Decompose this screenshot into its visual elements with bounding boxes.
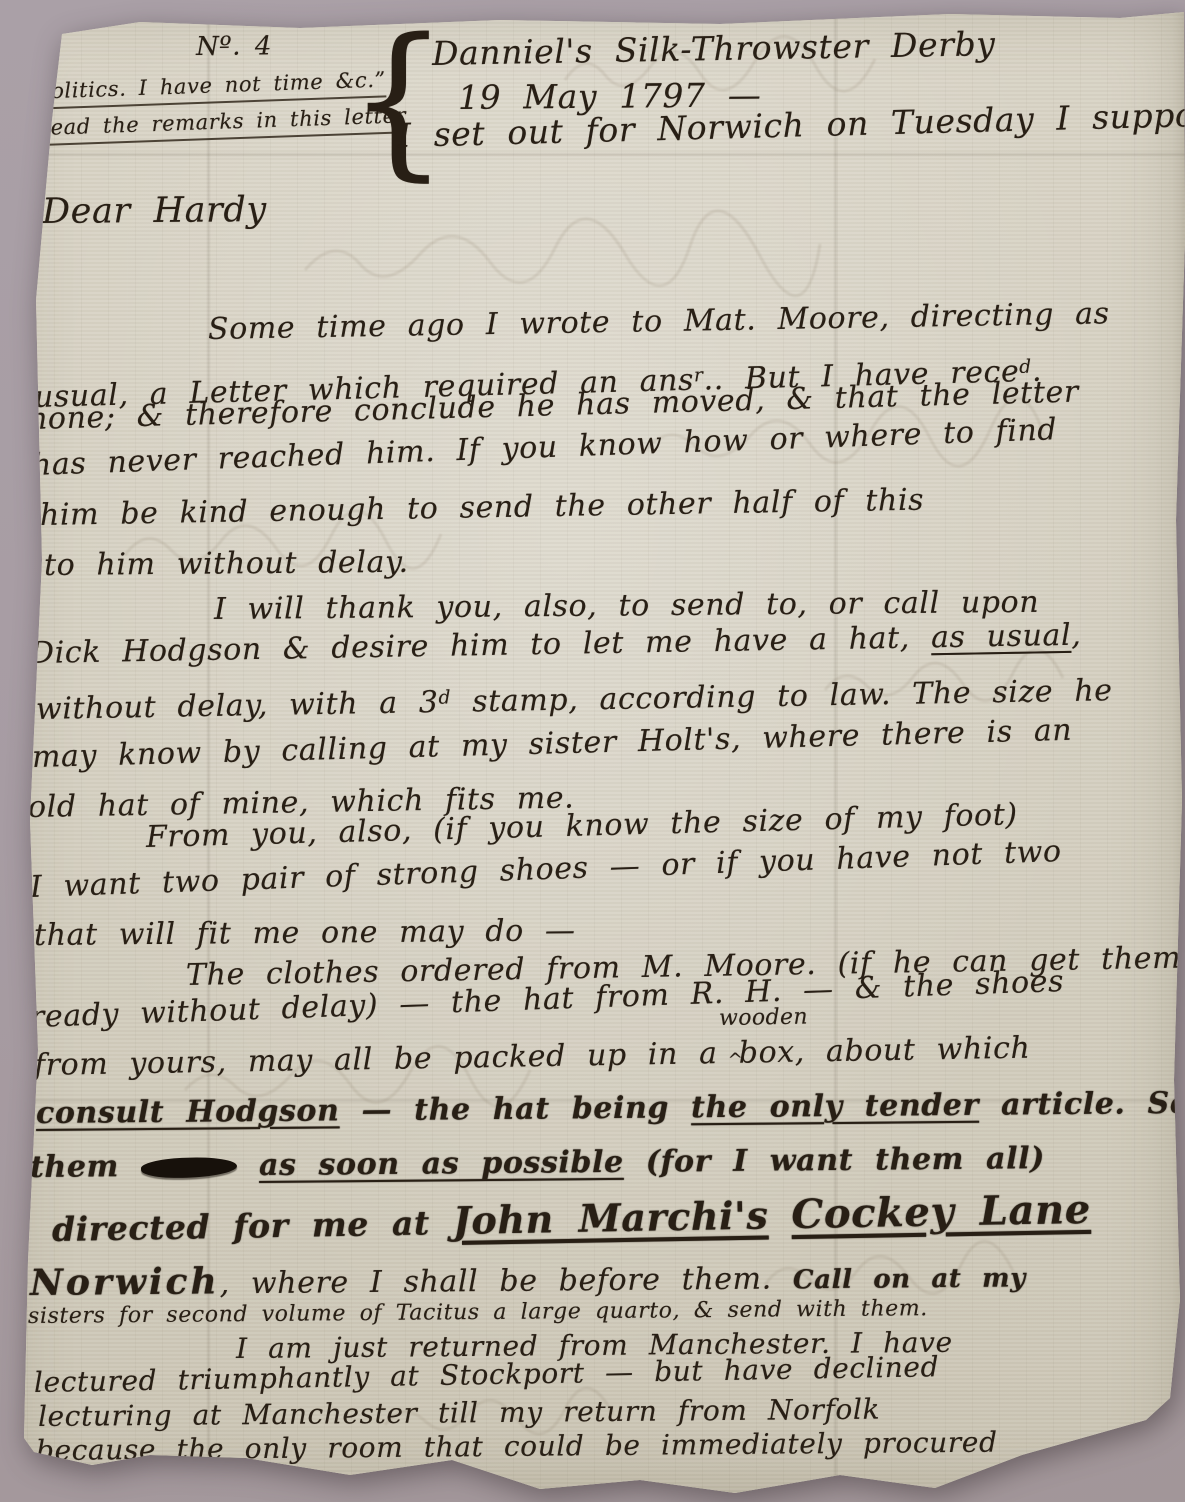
letter-line: to him without delay.	[44, 545, 409, 583]
place-name: Norwich	[30, 1260, 220, 1304]
underlined-phrase: as usual	[931, 618, 1072, 655]
text-run: from yours, may all be packed up in a	[34, 1036, 718, 1083]
letter-sheet: Nº. 4 “Politics. I have not time &c.” re…	[0, 0, 1185, 1502]
insertion-caret: ^	[728, 1050, 744, 1071]
fold-crease	[0, 152, 1185, 157]
grouping-brace: {	[348, 3, 449, 196]
letter-line: them as soon as possible (for I want the…	[30, 1141, 1045, 1185]
letter-line: Dick Hodgson & desire him to let me have…	[30, 618, 1082, 671]
text-run: (for I want them all)	[624, 1141, 1046, 1180]
text-run: stamp, according to law. The size he	[451, 673, 1113, 720]
letter-photograph: Nº. 4 “Politics. I have not time &c.” re…	[0, 0, 1185, 1502]
text-run: Dick Hodgson & desire him to let me have…	[30, 620, 932, 671]
letter-number: Nº. 4	[196, 31, 272, 62]
underlined-phrase: Cockey Lane	[791, 1186, 1091, 1238]
heading-place-line: Danniel's Silk-Throwster Derby	[432, 24, 996, 73]
superscript: r	[694, 365, 704, 386]
letter-line: him be kind enough to send the other hal…	[40, 483, 925, 533]
letter-line: from yours, may all be packed up in awoo…	[34, 1031, 1031, 1083]
salutation: Dear Hardy	[42, 190, 267, 232]
underlined-phrase: the only tender	[691, 1088, 979, 1126]
margin-note-line: “Politics. I have not time &c.”	[26, 67, 387, 104]
text-run: , where I shall be before them.	[220, 1261, 794, 1301]
letter-line: that will fit me one may do —	[34, 913, 576, 953]
bleedthrough-mark	[300, 230, 860, 304]
underlined-phrase: John Marchi's	[452, 1192, 768, 1243]
underlined-phrase: consult Hodgson	[36, 1093, 340, 1131]
text-run: Call on at my	[793, 1263, 1026, 1295]
paper-shadow: Nº. 4 “Politics. I have not time &c.” re…	[0, 0, 1185, 1502]
catchword: there	[1040, 1463, 1114, 1494]
letter-line: directed for me at John Marchi's Cockey …	[52, 1186, 1092, 1251]
letter-line: lectured triumphantly at Stockport — but…	[34, 1350, 940, 1399]
superscript: d	[438, 687, 451, 708]
inserted-word: wooden	[719, 1004, 808, 1031]
text-run: without delay, with a 3	[36, 685, 439, 727]
text-run: ,	[1071, 618, 1082, 653]
underlined-phrase: as soon as possible	[259, 1145, 624, 1183]
margin-note-text: “Politics. I have not time &c.”	[26, 67, 387, 110]
text-run	[768, 1197, 792, 1236]
superscript: d	[1019, 357, 1032, 378]
letter-line: consult Hodgson — the hat being the only…	[36, 1086, 1185, 1131]
ink-blot	[141, 1156, 238, 1180]
letter-line: because the only room that could be imme…	[36, 1426, 998, 1467]
text-run: article. Send	[979, 1086, 1185, 1123]
text-run: box, about which	[717, 1031, 1030, 1071]
text-run: — the hat being	[339, 1090, 691, 1128]
text-run: directed for me at	[52, 1203, 454, 1249]
letter-line: Some time ago I wrote to Mat. Moore, dir…	[208, 296, 1110, 347]
text-run: them	[30, 1149, 141, 1185]
